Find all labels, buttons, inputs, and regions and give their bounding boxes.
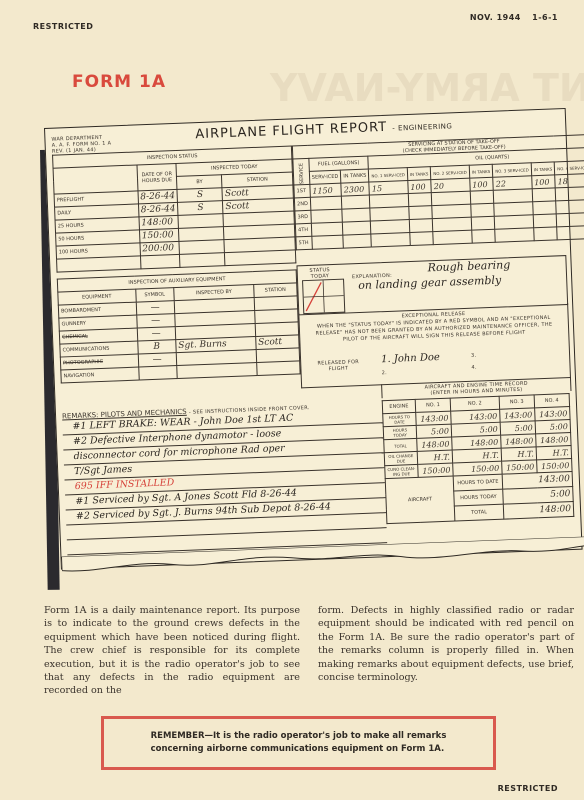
pilot-signature: 1. John Doe — [381, 352, 440, 365]
station-cell — [256, 361, 300, 376]
service-number: 2ND — [294, 197, 310, 211]
aircraft-row-label: TOTAL — [454, 504, 503, 521]
servicing-value — [556, 199, 584, 213]
engine-header: ENGINE — [382, 399, 415, 413]
servicing-value — [408, 193, 432, 207]
exceptional-release-box: EXCEPTIONAL RELEASE WHEN THE "STATUS TOD… — [298, 303, 571, 388]
servicing-value — [533, 214, 557, 228]
servicing-value — [555, 186, 584, 200]
service-number: 5TH — [296, 236, 312, 250]
remarks-section: REMARKS: PILOTS AND MECHANICS - SEE INST… — [62, 400, 387, 552]
publication-date: NOV. 1944 — [470, 13, 521, 22]
service-number: 3RD — [295, 210, 311, 224]
signature-slot: 2. — [382, 370, 388, 376]
servicing-value: 100 — [470, 177, 494, 191]
page-number: 1-6-1 — [532, 13, 558, 22]
body-text-right: form. Defects in highly classified radio… — [318, 604, 574, 684]
servicing-value: 18 — [555, 173, 584, 187]
classification-footer: RESTRICTED — [498, 784, 558, 793]
servicing-value — [532, 201, 556, 215]
servicing-value — [495, 228, 534, 242]
engine-row-label: TOTAL — [384, 438, 417, 452]
fuel-in-tanks-header: IN TANKS — [341, 169, 370, 183]
servicing-value — [533, 227, 557, 241]
blank-cell — [140, 254, 180, 269]
service-number: 4TH — [295, 223, 311, 237]
remember-callout: REMEMBER—It is the radio operator's job … — [101, 716, 496, 770]
blank-cell — [225, 250, 296, 266]
servicing-value: 2300 — [341, 182, 370, 196]
oil-in-tanks-header: IN TANKS — [531, 162, 555, 176]
classification-header: RESTRICTED — [33, 22, 93, 31]
aircraft-label: AIRCRAFT — [385, 476, 455, 524]
report-title-sub: - ENGINEERING — [392, 122, 452, 132]
servicing-value — [310, 196, 342, 210]
fuel-serviced-header: SERV-ICED — [309, 170, 341, 184]
servicing-value — [471, 216, 495, 230]
servicing-value — [433, 230, 472, 244]
report-title: AIRPLANE FLIGHT REPORT - ENGINEERING — [195, 117, 453, 142]
servicing-value — [311, 222, 343, 236]
page-info: NOV. 1944 1-6-1 — [462, 13, 558, 22]
time-record-table: ENGINENO. 1NO. 2NO. 3NO. 4 HOURS TO DATE… — [382, 393, 575, 524]
engine-row-label: CUNO CLEAN-ING DUE — [385, 464, 418, 478]
remember-text: REMEMBER—It is the radio operator's job … — [151, 730, 447, 756]
watermark-text: JOINT ARMY-NAVY — [270, 66, 584, 110]
servicing-table: SERVICING AT STATION OF TAKE-OFF (CHECK … — [292, 133, 584, 251]
servicing-value — [410, 232, 434, 246]
signature-slot: 4. — [471, 365, 477, 371]
inspected-by-cell — [177, 363, 257, 379]
servicing-value — [371, 233, 410, 247]
servicing-value — [471, 203, 495, 217]
red-diagonal-symbol — [303, 280, 344, 314]
aircraft-time-value: 148:00 — [503, 501, 574, 519]
servicing-value — [312, 235, 344, 249]
servicing-value — [342, 195, 371, 209]
blank-header — [53, 165, 138, 194]
servicing-value: 100 — [531, 175, 555, 189]
inspection-status-table: INSPECTION STATUS DATE OF OR HOURS DUE I… — [52, 145, 296, 272]
servicing-value — [409, 219, 433, 233]
engine-row-label: HOURS TO DATE — [383, 412, 416, 426]
auxiliary-equipment-table: INSPECTION OF AUXILIARY EQUIPMENT EQUIPM… — [57, 269, 301, 383]
body-text-left: Form 1A is a daily maintenance report. I… — [44, 604, 300, 698]
servicing-value: 1150 — [310, 183, 342, 197]
callout-line: concerning airborne communications equip… — [151, 744, 445, 754]
servicing-value: 100 — [408, 180, 432, 194]
equipment-label: NAVIGATION — [61, 367, 139, 383]
signature-slot: 3. — [471, 353, 477, 359]
symbol-cell — [138, 366, 177, 380]
released-for-flight-label: RELEASED FOR FLIGHT — [313, 359, 363, 373]
page-title: FORM 1A — [72, 72, 166, 92]
oil-in-tanks-header: IN TANKS — [407, 167, 431, 181]
date-due-header: DATE OF OR HOURS DUE — [137, 163, 178, 191]
explanation-line: Rough bearing — [427, 258, 510, 274]
airplane-flight-report-form: WAR DEPARTMENT A. A. F. FORM NO. 1 A REV… — [44, 108, 583, 570]
blank-cell — [57, 256, 141, 272]
servicing-value — [409, 206, 433, 220]
form-meta: WAR DEPARTMENT A. A. F. FORM NO. 1 A REV… — [51, 134, 111, 154]
servicing-value — [470, 190, 494, 204]
servicing-value — [343, 234, 372, 248]
service-number: 1ST — [294, 184, 310, 198]
form-1a-image: WAR DEPARTMENT A. A. F. FORM NO. 1 A REV… — [30, 120, 578, 590]
oil-in-tanks-header: IN TANKS — [469, 164, 493, 178]
callout-line: REMEMBER—It is the radio operator's job … — [151, 731, 447, 741]
servicing-value — [557, 225, 584, 239]
servicing-value — [532, 188, 556, 202]
servicing-value — [343, 221, 372, 235]
blank-cell — [180, 253, 225, 268]
remarks-lines: #1 LEFT BRAKE: WEAR - John Doe 1st LT AC… — [62, 408, 387, 555]
engine-row-label: HOURS TODAY — [383, 425, 416, 439]
service-header: SERVICE — [293, 158, 310, 185]
servicing-value — [342, 208, 371, 222]
report-title-main: AIRPLANE FLIGHT REPORT — [195, 120, 387, 142]
engine-row-label: OIL CHANGE DUE — [384, 451, 417, 465]
servicing-value — [472, 229, 496, 243]
servicing-value — [311, 209, 343, 223]
status-today-grid — [302, 279, 345, 315]
oil-serviced-header: NO. 4 SERV-ICED — [554, 160, 584, 174]
servicing-value — [556, 212, 584, 226]
